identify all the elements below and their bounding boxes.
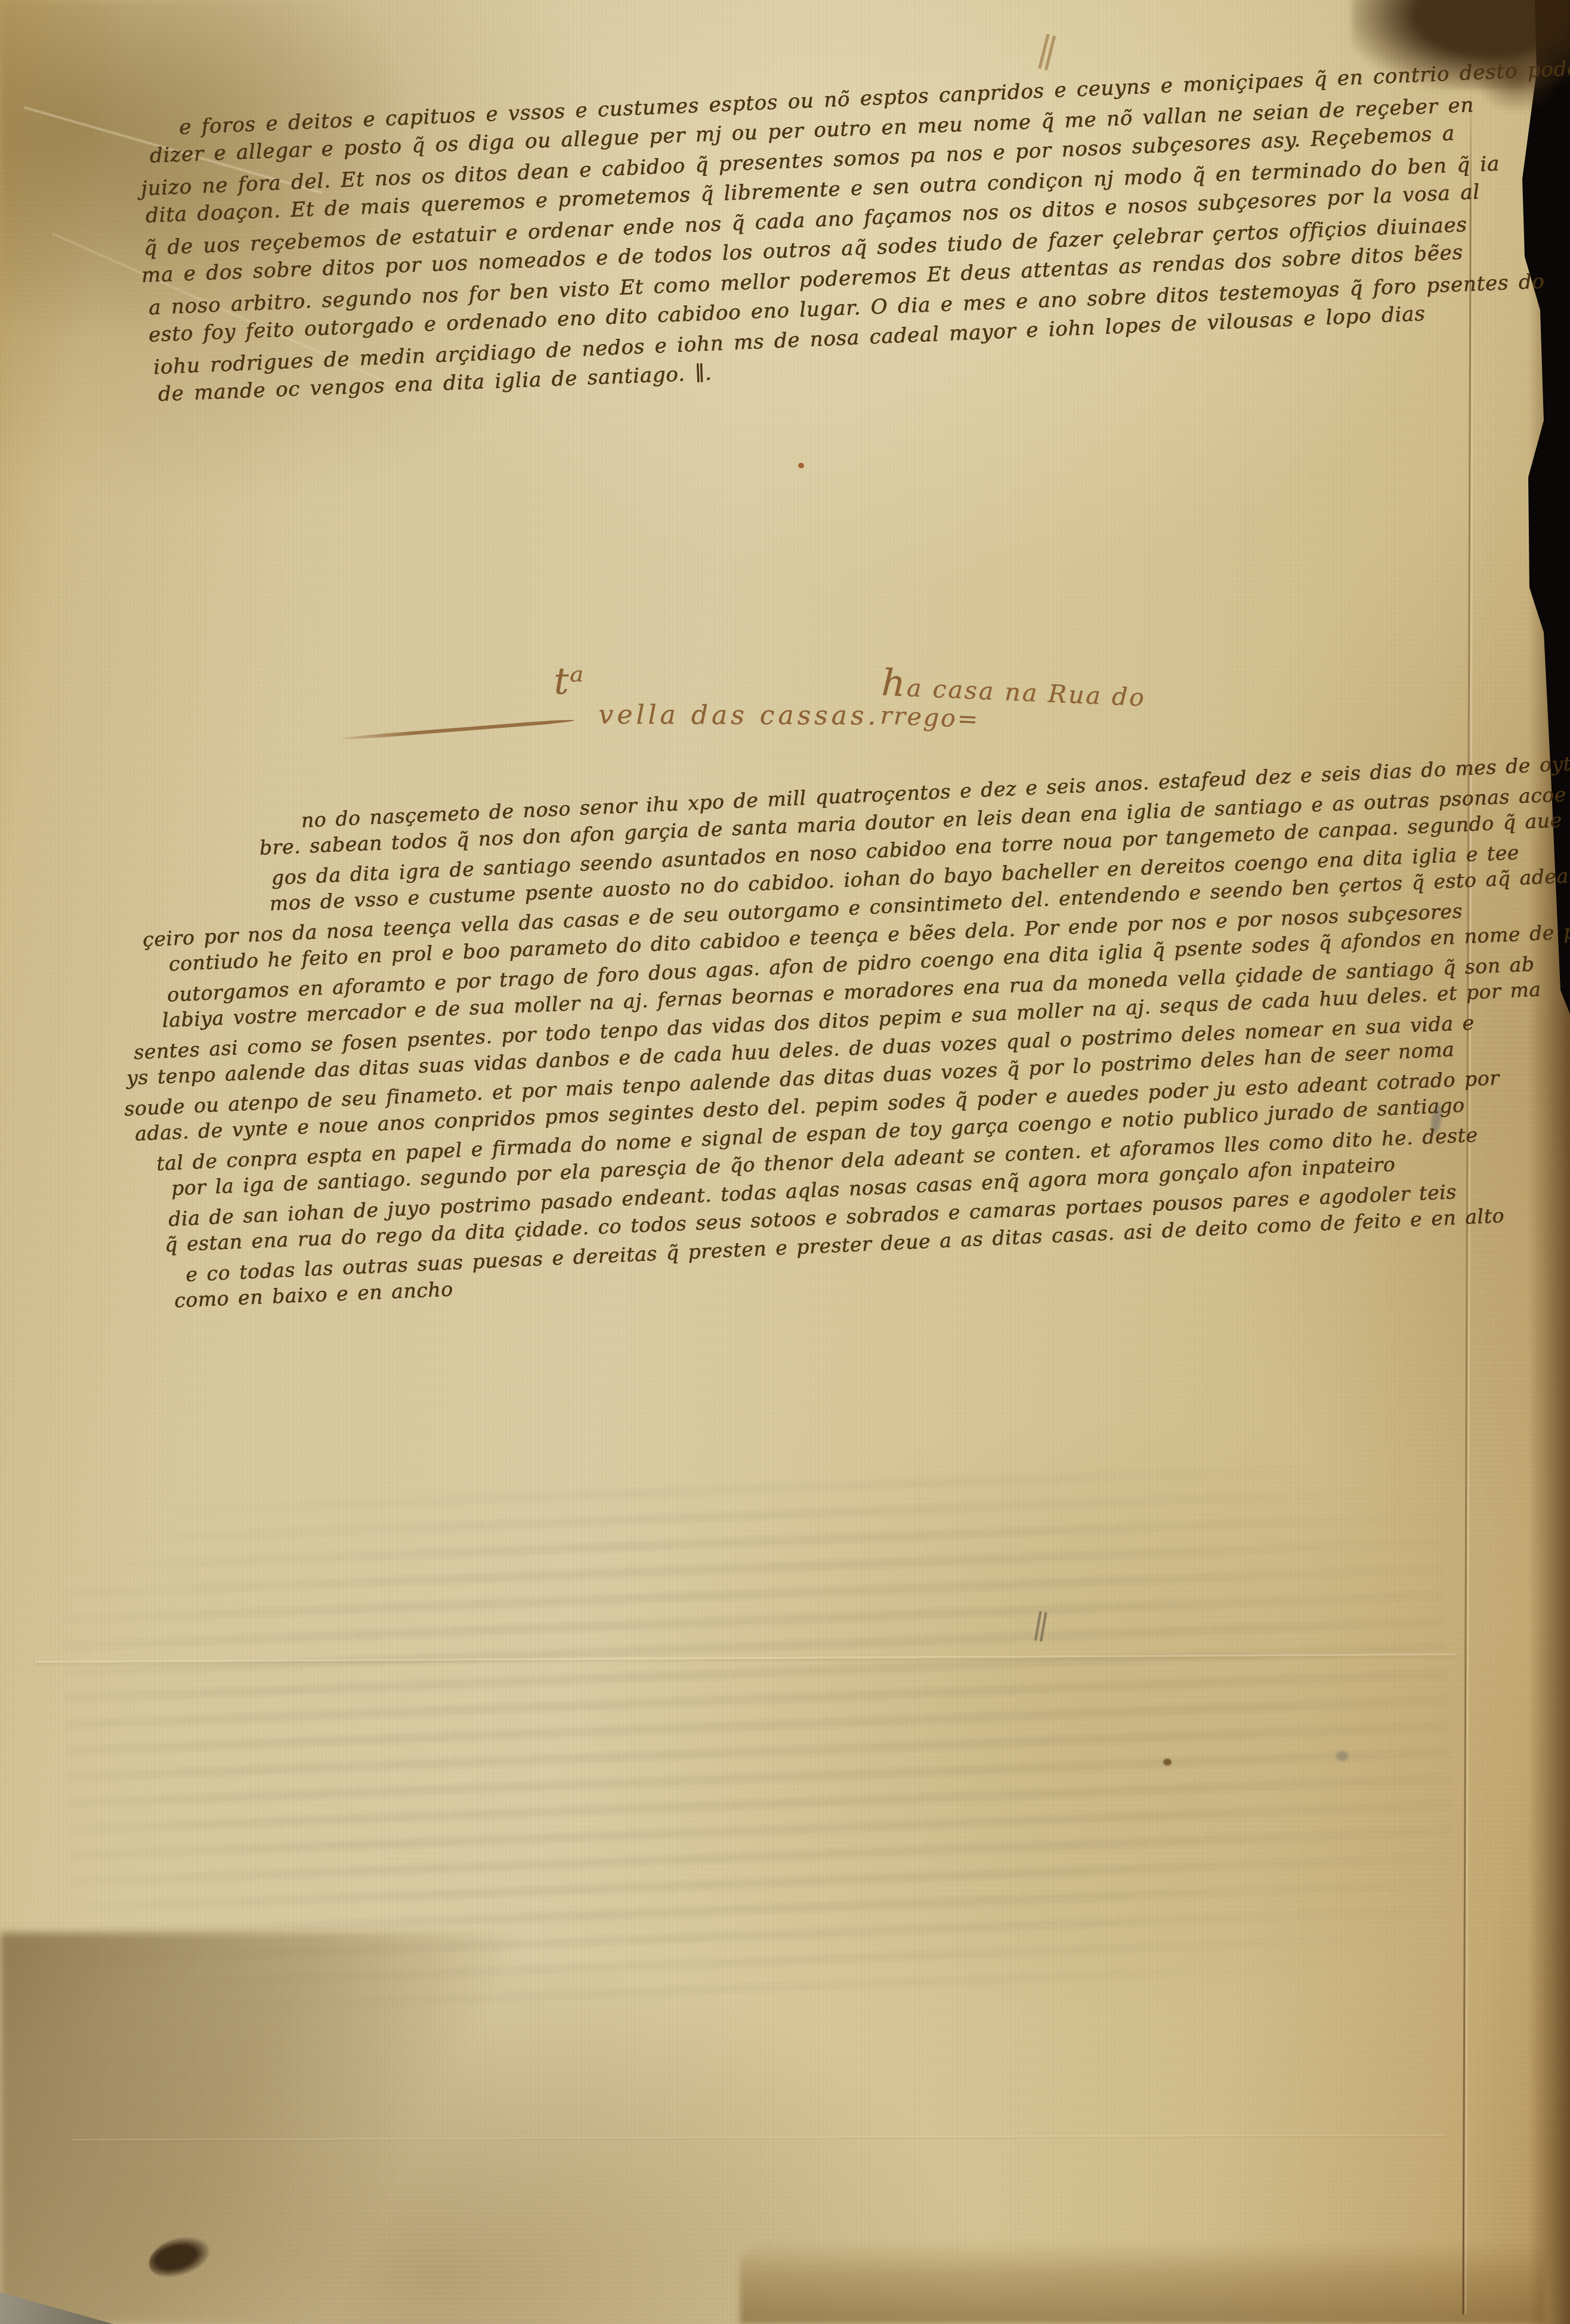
heading-title: vella das cassas. bbox=[598, 700, 879, 731]
brown-speck bbox=[1163, 1759, 1172, 1766]
flourish-stroke bbox=[341, 719, 574, 741]
heading-siglum: tᵃ bbox=[554, 659, 585, 703]
heading-subtitle: ha casa na Rua do rrego= bbox=[880, 672, 1254, 745]
section-heading: tᵃ vella das cassas. ha casa na Rua do r… bbox=[322, 657, 1254, 780]
manuscript-page: ∥ ∥ e foros e deitos e capituos e vssos … bbox=[0, 0, 1570, 2324]
verso-show-through bbox=[56, 1442, 1458, 2029]
main-text-block: no do nasçemeto de noso senor ihu xpo de… bbox=[86, 752, 1556, 1318]
quire-mark: ∥ bbox=[1033, 30, 1057, 76]
top-text-block: e foros e deitos e capituos e vssos e cu… bbox=[125, 56, 1568, 412]
bottom-water-stain bbox=[740, 2240, 1545, 2324]
gray-smudge bbox=[1336, 1751, 1348, 1761]
rust-speck bbox=[798, 463, 804, 468]
